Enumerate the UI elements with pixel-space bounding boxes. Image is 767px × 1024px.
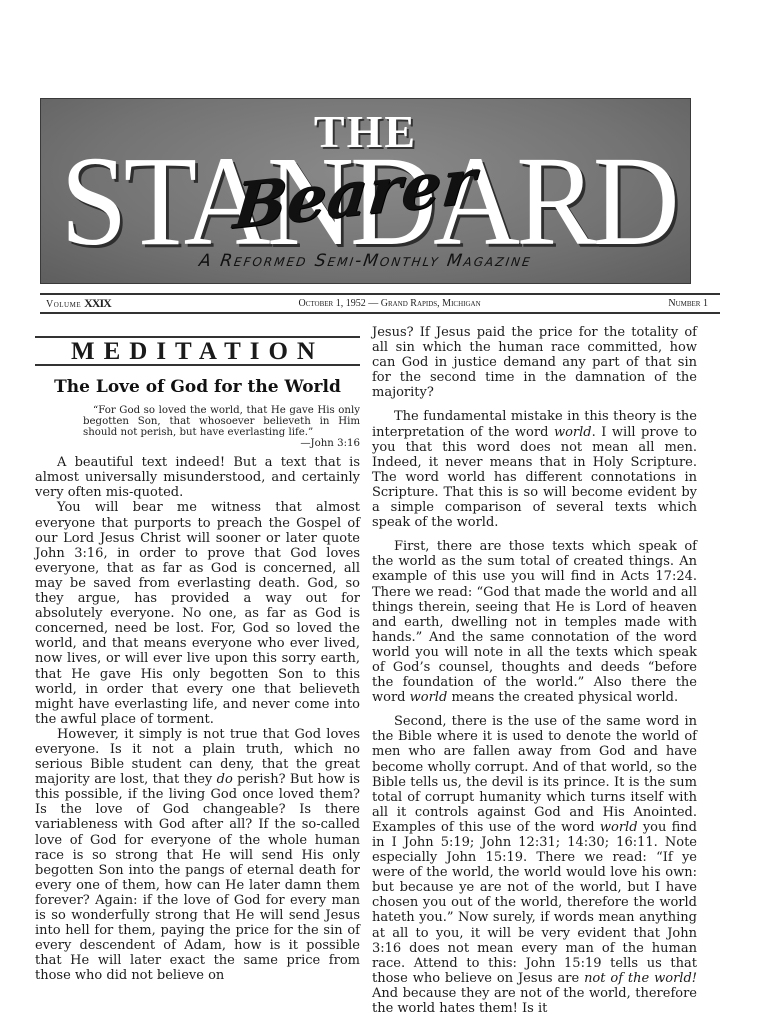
paragraph: First, there are those texts which speak…: [372, 539, 697, 705]
section-heading: MEDITATION: [35, 336, 360, 366]
right-column: Jesus? If Jesus paid the price for the t…: [372, 325, 697, 1016]
emphasis-text: world: [410, 690, 448, 705]
emphasis-text: world: [554, 425, 592, 440]
issue-number: Number 1: [668, 298, 708, 309]
paragraph-text: Second, there is the use of the same wor…: [372, 714, 697, 835]
paragraph-text: . I will prove to you that this word doe…: [372, 425, 697, 531]
paragraph-text: perish? But how is this possible, if the…: [35, 772, 360, 983]
paragraph: Second, there is the use of the same wor…: [372, 714, 697, 1016]
paragraph: You will bear me witness that almost eve…: [35, 500, 360, 726]
paragraph-text: And because they are not of the world, t…: [372, 986, 697, 1016]
masthead: THE STANDARD Bearer A Reformed Semi-Mont…: [40, 98, 691, 284]
paragraph: However, it simply is not true that God …: [35, 727, 360, 984]
left-column: MEDITATION The Love of God for the World…: [35, 326, 360, 983]
paragraph: Jesus? If Jesus paid the price for the t…: [372, 325, 697, 400]
paragraph-text: you find in I John 5:19; John 12:31; 14:…: [372, 820, 697, 986]
emphasis-text: world: [600, 820, 638, 835]
volume-number: XXIX: [84, 296, 111, 310]
epigraph-text: “For God so loved the world, that He gav…: [83, 405, 360, 438]
paragraph-text: means the created physical world.: [451, 690, 678, 705]
paragraph-text: First, there are those texts which speak…: [372, 539, 697, 705]
epigraph-quote: “For God so loved the world, that He gav…: [83, 405, 360, 449]
issue-date-place: October 1, 1952 — Grand Rapids, Michigan: [299, 298, 481, 309]
paragraph: The fundamental mistake in this theory i…: [372, 409, 697, 530]
masthead-tagline: A Reformed Semi-Monthly Magazine: [40, 251, 691, 271]
emphasis-text: do: [217, 772, 233, 787]
volume-label: Volume: [46, 299, 81, 310]
emphasis-text: not of the world!: [584, 971, 697, 986]
volume-info: Volume XXIX: [46, 296, 111, 311]
article-title: The Love of God for the World: [35, 380, 360, 395]
epigraph-reference: —John 3:16: [83, 438, 360, 449]
issue-info-bar: Volume XXIX October 1, 1952 — Grand Rapi…: [40, 293, 720, 314]
paragraph: A beautiful text indeed! But a text that…: [35, 455, 360, 500]
